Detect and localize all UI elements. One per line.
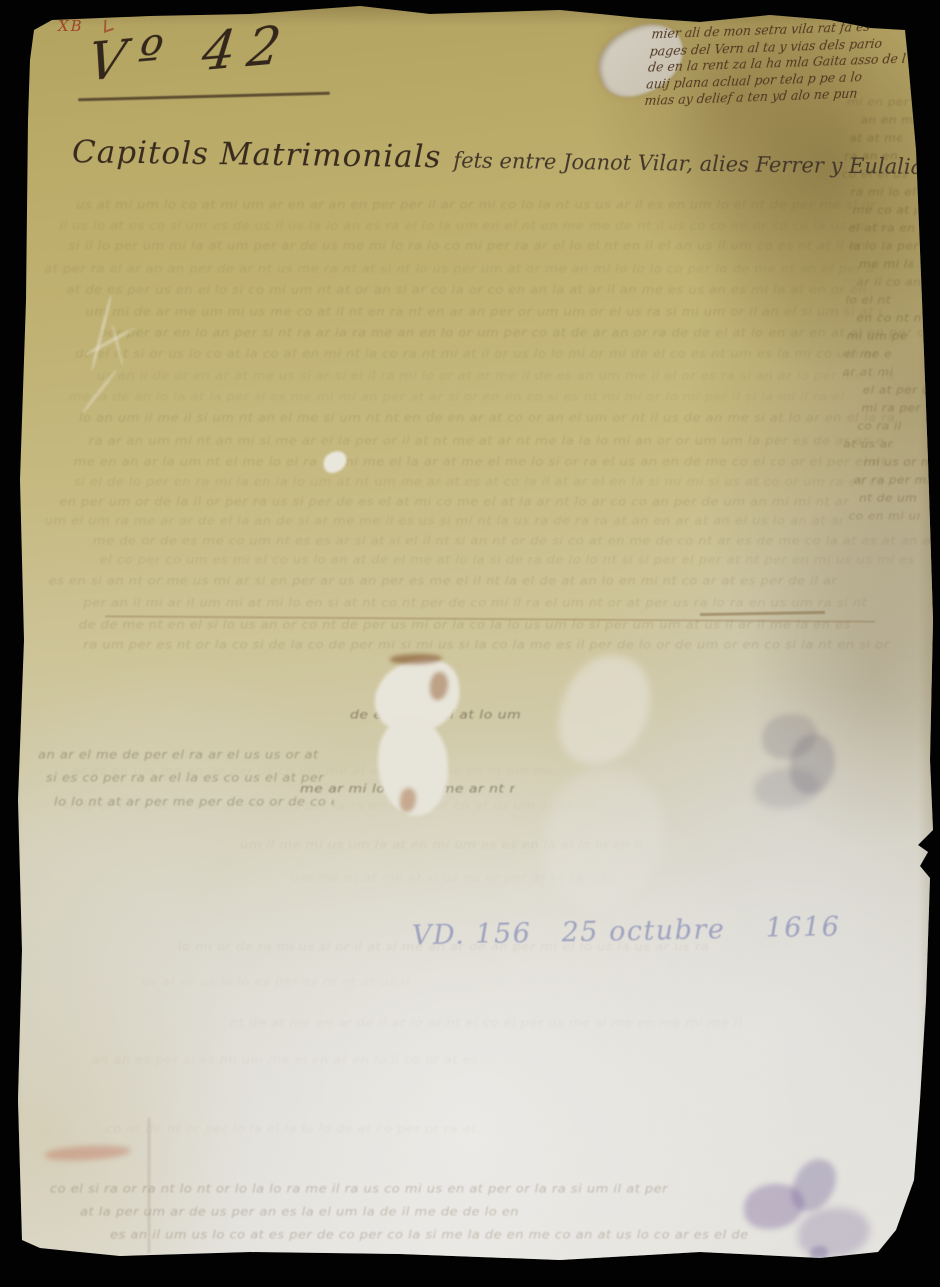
parchment-document: us at mi um lo co at mi um ar en ar an e… [0, 0, 940, 1287]
photo-background: us at mi um lo co at mi um ar en ar an e… [0, 0, 940, 1287]
edge-vignette [0, 0, 940, 1287]
